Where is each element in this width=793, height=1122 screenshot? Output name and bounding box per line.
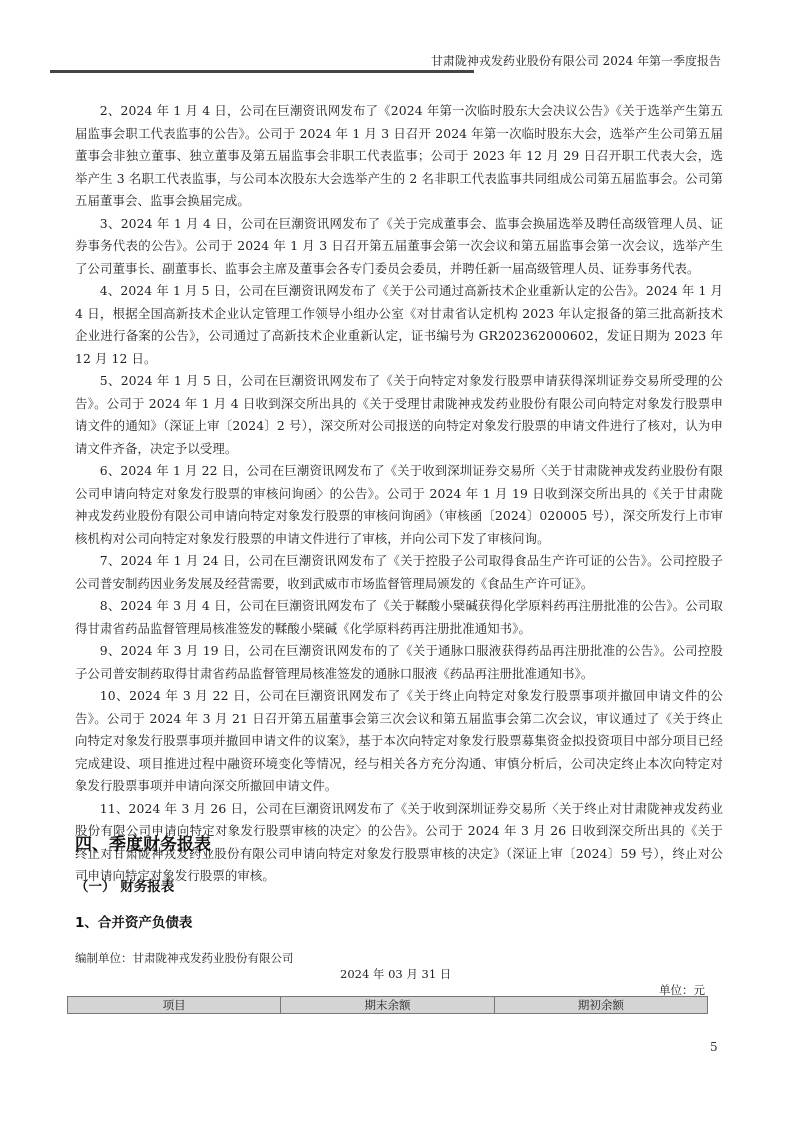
- column-header-beginning-balance: 期初余额: [494, 997, 707, 1014]
- page-number: 5: [710, 1040, 718, 1054]
- report-date: 2024 年 03 月 31 日: [340, 966, 451, 982]
- paragraph-item-9: 9、2024 年 3 月 19 日，公司在巨潮资讯网发布的了《关于通脉口服液获得…: [75, 640, 723, 685]
- column-header-ending-balance: 期末余额: [281, 997, 494, 1014]
- paragraph-item-8: 8、2024 年 3 月 4 日，公司在巨潮资讯网发布了《关于鞣酸小檗碱获得化学…: [75, 595, 723, 640]
- page-header-title: 甘肃陇神戎发药业股份有限公司 2024 年第一季度报告: [431, 52, 721, 69]
- paragraph-item-3: 3、2024 年 1 月 4 日，公司在巨潮资讯网发布了《关于完成董事会、监事会…: [75, 213, 723, 281]
- paragraph-item-10: 10、2024 年 3 月 22 日，公司在巨潮资讯网发布了《关于终止向特定对象…: [75, 685, 723, 798]
- paragraph-item-4: 4、2024 年 1 月 5 日，公司在巨潮资讯网发布了《关于公司通过高新技术企…: [75, 280, 723, 370]
- section-heading: 四、季度财务报表: [75, 830, 211, 855]
- paragraph-item-5: 5、2024 年 1 月 5 日，公司在巨潮资讯网发布了《关于向特定对象发行股票…: [75, 370, 723, 460]
- document-body: 2、2024 年 1 月 4 日，公司在巨潮资讯网发布了《2024 年第一次临时…: [75, 100, 723, 888]
- subsection-heading: （一） 财务报表: [75, 875, 174, 895]
- column-header-item: 项目: [68, 997, 281, 1014]
- paragraph-item-2: 2、2024 年 1 月 4 日，公司在巨潮资讯网发布了《2024 年第一次临时…: [75, 100, 723, 213]
- paragraph-item-6: 6、2024 年 1 月 22 日，公司在巨潮资讯网发布了《关于收到深圳证券交易…: [75, 460, 723, 550]
- balance-sheet-table: 项目 期末余额 期初余额: [67, 996, 708, 1014]
- table-header-row: 项目 期末余额 期初余额: [68, 997, 708, 1014]
- paragraph-item-7: 7、2024 年 1 月 24 日，公司在巨潮资讯网发布了《关于控股子公司取得食…: [75, 550, 723, 595]
- header-rule: [50, 70, 474, 73]
- balance-sheet-heading: 1、合并资产负债表: [75, 911, 192, 931]
- prepared-by: 编制单位：甘肃陇神戎发药业股份有限公司: [75, 950, 294, 966]
